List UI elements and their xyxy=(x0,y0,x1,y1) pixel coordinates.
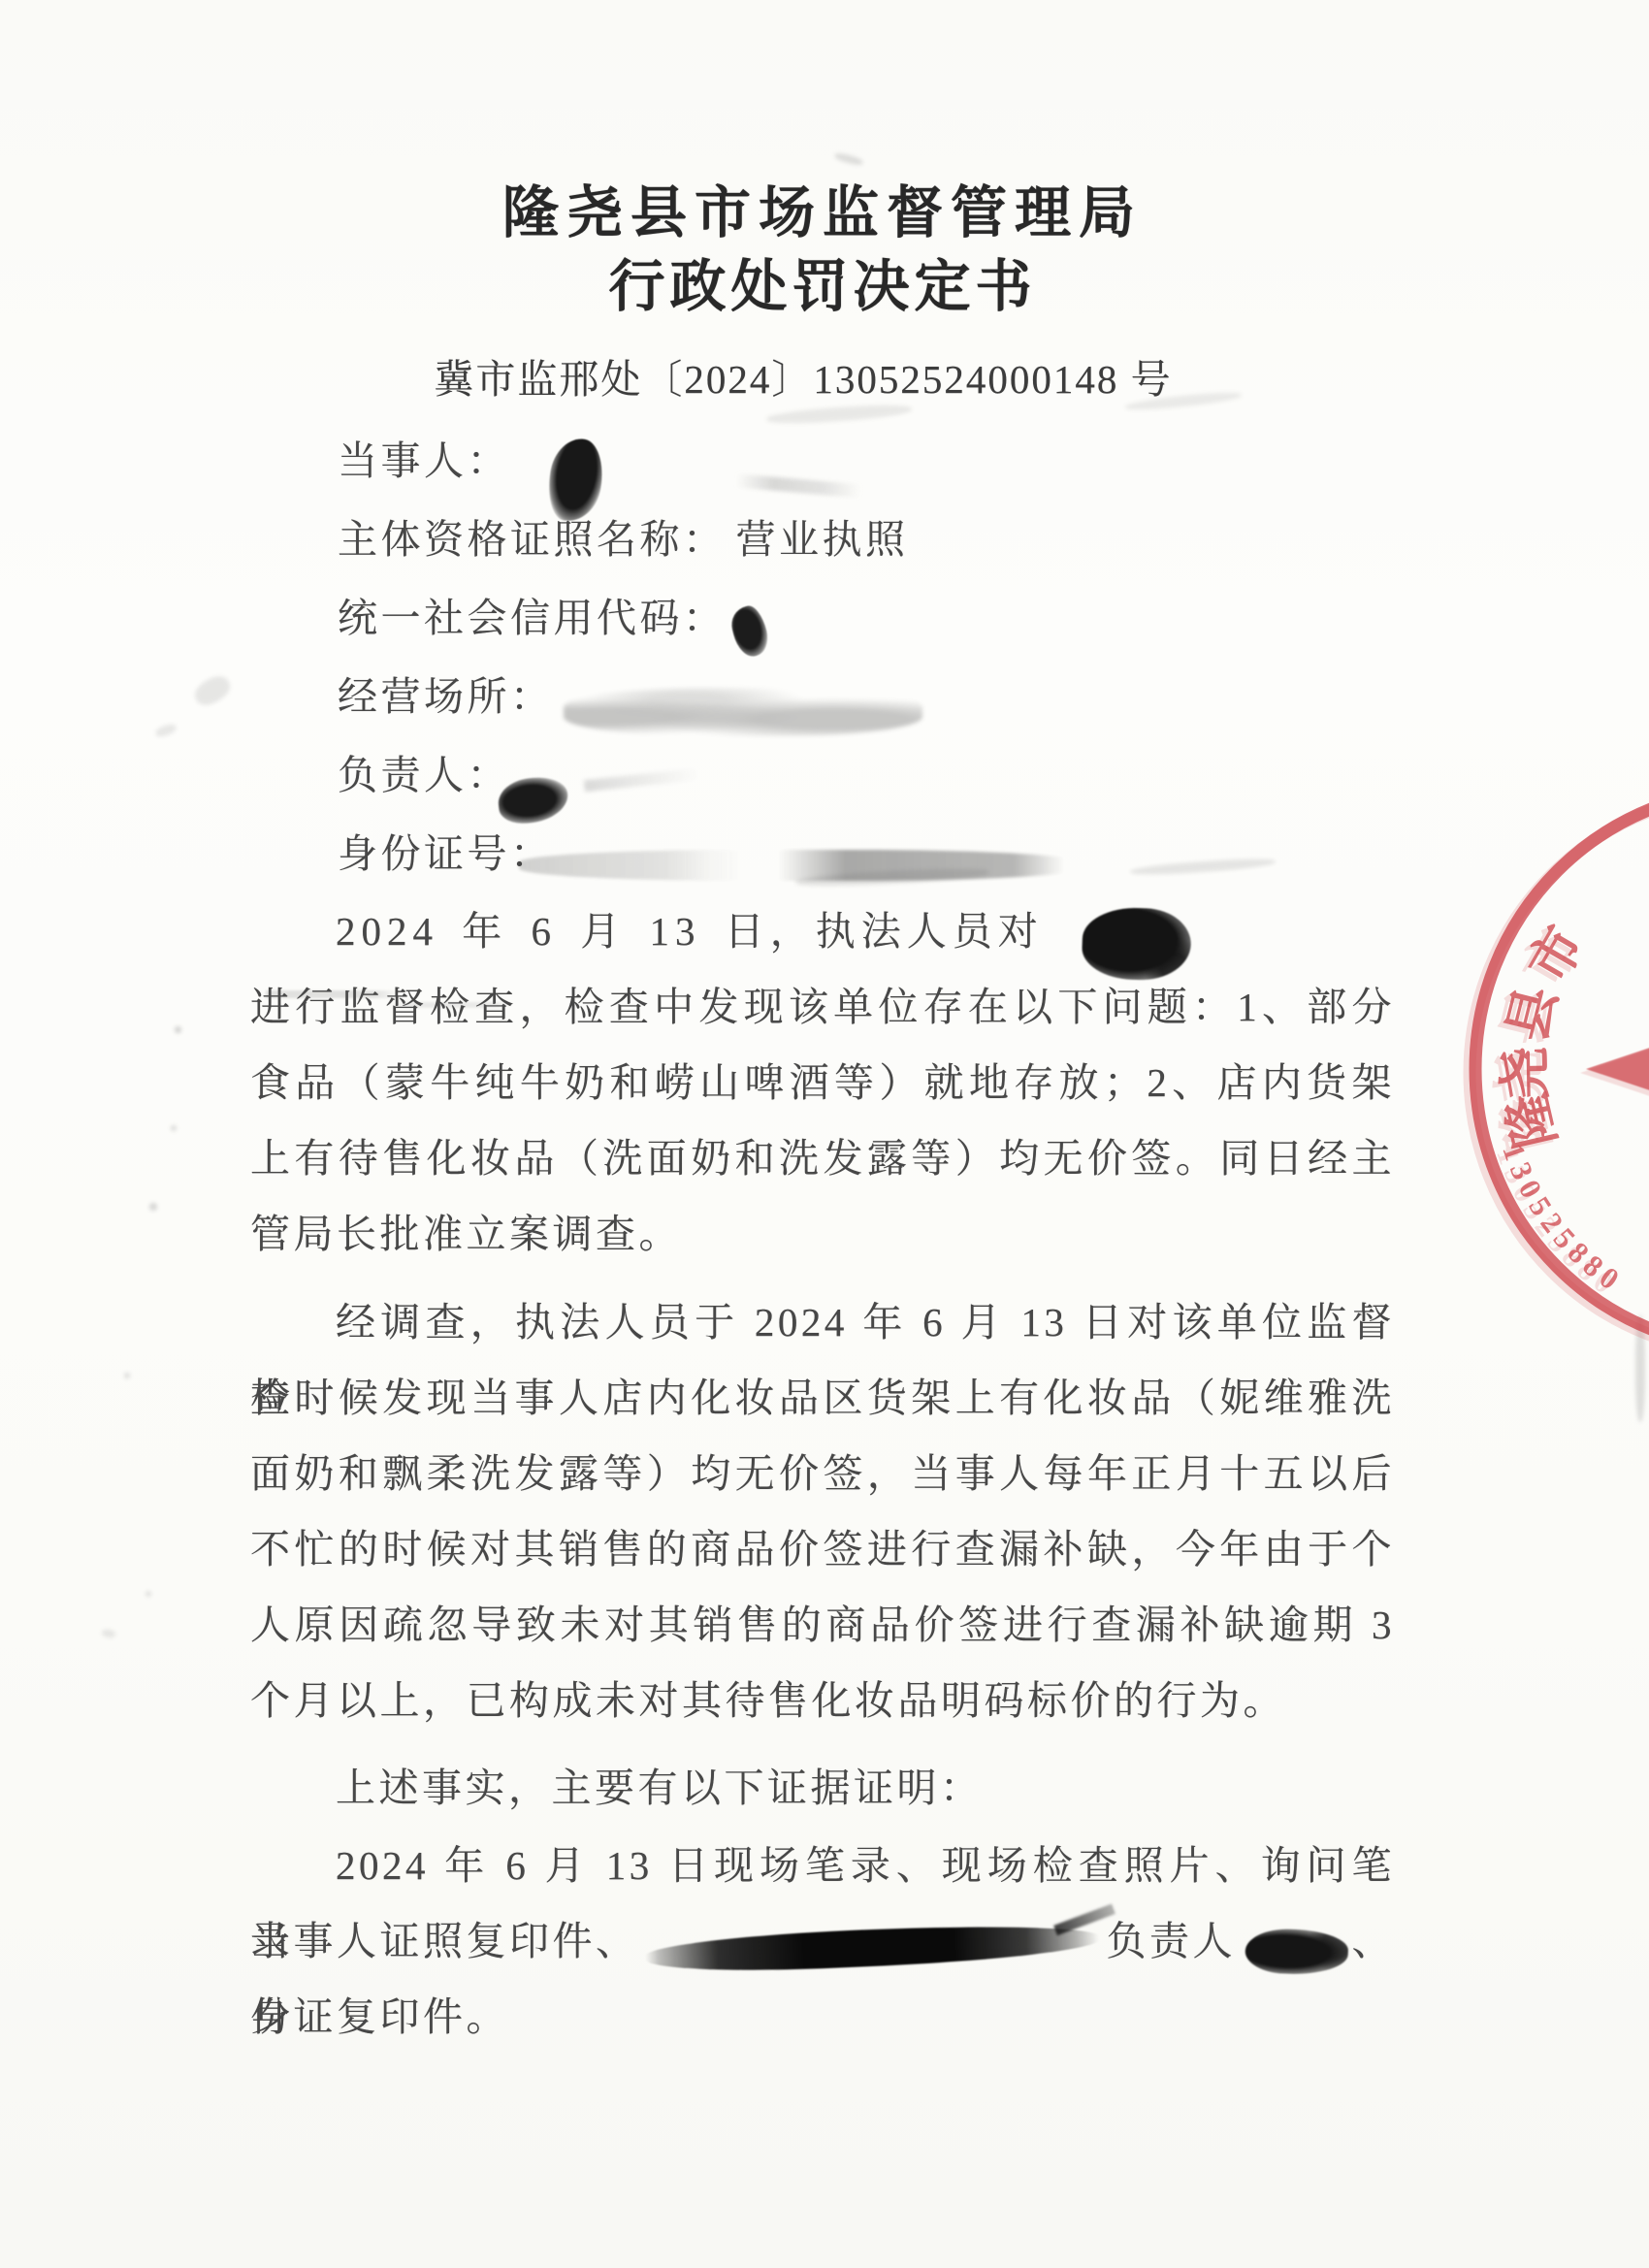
body-paragraph-2: 经调查，执法人员于 2024 年 6 月 13 日对该单位监督检查时候发现当事人… xyxy=(250,1284,1395,1738)
body-text: 上述事实，主要有以下证据证明： xyxy=(336,1766,984,1810)
stamp-serial-digit: 0 xyxy=(1512,1174,1549,1203)
stamp-serial-digit: 3 xyxy=(1503,1157,1540,1184)
body-line: 食品（蒙牛纯牛奶和崂山啤酒等）就地存放；2、店内货架 xyxy=(250,1045,1395,1120)
body-paragraph-1: 2024 年 6 月 13 日，执法人员对进行监督检查，检查中发现该单位存在以下… xyxy=(250,893,1395,1272)
field-label: 当事人： xyxy=(338,438,510,483)
body-text: 上有待售化妆品（洗面奶和洗发露等）均无价签。同日经主 xyxy=(250,1136,1395,1181)
field-value: 营业执照 xyxy=(736,517,909,562)
body-line: 不忙的时候对其销售的商品价签进行查漏补缺，今年由于个 xyxy=(250,1511,1395,1587)
official-stamp: 市县尧隆 130525880 xyxy=(1411,747,1649,1426)
scan-mark xyxy=(175,1026,181,1033)
stamp-arc-character: 县 xyxy=(1498,981,1568,1047)
body-text: 份证复印件。 xyxy=(250,1994,509,2039)
scan-mark xyxy=(171,1125,177,1131)
document-title-line2: 行政处罚决定书 xyxy=(250,256,1395,318)
field-row: 统一社会信用代码： xyxy=(250,579,1434,658)
body-paragraph-3: 上述事实，主要有以下证据证明： xyxy=(250,1750,1395,1826)
field-row: 负责人： xyxy=(250,736,1434,815)
stamp-star xyxy=(1586,908,1649,1231)
redaction-mark xyxy=(1081,906,1192,982)
field-row: 当事人： xyxy=(250,422,1434,501)
field-label: 统一社会信用代码： xyxy=(338,596,727,640)
body-line: 当事人证照复印件、负责人身 xyxy=(250,1903,1395,1979)
body-line: 2024 年 6 月 13 日，执法人员对 xyxy=(250,893,1395,969)
body-text: 人原因疏忽导致未对其销售的商品价签进行查漏补缺逾期 3 xyxy=(250,1603,1395,1647)
stamp-serial-digit: 5 xyxy=(1522,1190,1559,1221)
body-text: 个月以上，已构成未对其待售化妆品明码标价的行为。 xyxy=(250,1678,1286,1723)
stamp-serial-digit: 8 xyxy=(1562,1235,1596,1270)
stamp-arc-character: 尧 xyxy=(1496,1046,1556,1100)
scanned-document-page: 隆尧县市场监督管理局 行政处罚决定书 冀市监邢处〔2024〕1305252400… xyxy=(0,0,1649,2268)
party-fields: 当事人：主体资格证照名称：营业执照统一社会信用代码：经营场所：负责人：身份证号： xyxy=(250,422,1434,893)
body-text: 当事人证照复印件、 xyxy=(250,1919,639,1963)
body-paragraph-4: 2024 年 6 月 13 日现场笔录、现场检查照片、询问笔录、当事人证照复印件… xyxy=(250,1828,1395,2055)
body-line: 查时候发现当事人店内化妆品区货架上有化妆品（妮维雅洗 xyxy=(250,1360,1395,1436)
stamp-serial-digit: 0 xyxy=(1594,1260,1626,1297)
body-line: 上述事实，主要有以下证据证明： xyxy=(250,1750,1395,1826)
body-line: 人原因疏忽导致未对其销售的商品价签进行查漏补缺逾期 3 xyxy=(250,1587,1395,1663)
stamp-arc-character: 隆 xyxy=(1497,1087,1567,1152)
redaction-mark xyxy=(519,850,1082,881)
scan-mark xyxy=(833,151,863,166)
stamp-serial-digit: 2 xyxy=(1534,1207,1569,1239)
stamp-serial-digit: 5 xyxy=(1547,1221,1582,1255)
body-text: 负责人 xyxy=(1107,1919,1237,1963)
scan-mark xyxy=(124,1373,130,1378)
redaction-mark xyxy=(644,1919,1099,1975)
body-line: 个月以上，已构成未对其待售化妆品明码标价的行为。 xyxy=(250,1663,1395,1738)
redaction-mark xyxy=(266,988,508,1012)
body-text: 食品（蒙牛纯牛奶和崂山啤酒等）就地存放；2、店内货架 xyxy=(250,1060,1395,1105)
field-row: 经营场所： xyxy=(250,658,1434,736)
body-text: 不忙的时候对其销售的商品价签进行查漏补缺，今年由于个 xyxy=(250,1527,1395,1571)
stamp-serial-digit: 1 xyxy=(1496,1140,1533,1165)
stamp-circle xyxy=(1475,789,1649,1349)
scan-mark xyxy=(191,671,235,710)
stamp-arc-text: 市县尧隆 xyxy=(1496,917,1596,1153)
scan-mark xyxy=(101,1629,115,1638)
body-line: 经调查，执法人员于 2024 年 6 月 13 日对该单位监督检 xyxy=(250,1284,1395,1360)
document-title-line1: 隆尧县市场监督管理局 xyxy=(250,182,1395,244)
scan-mark xyxy=(145,1591,151,1597)
body-line: 面奶和飘柔洗发露等）均无价签，当事人每年正月十五以后 xyxy=(250,1436,1395,1511)
stamp-arc-character: 市 xyxy=(1518,917,1596,992)
redaction-mark xyxy=(564,688,922,736)
body-text: 2024 年 6 月 13 日，执法人员对 xyxy=(336,909,1044,954)
stamp-serial-number: 130525880 xyxy=(1496,1140,1625,1297)
body-text: 面奶和飘柔洗发露等）均无价签，当事人每年正月十五以后 xyxy=(250,1451,1395,1496)
body-text: 管局长批准立案调查。 xyxy=(250,1212,682,1256)
stamp-serial-digit: 8 xyxy=(1577,1248,1610,1284)
redaction-mark xyxy=(1245,1928,1349,1976)
field-label: 主体资格证照名称： xyxy=(338,517,727,562)
scan-mark xyxy=(1635,1315,1645,1422)
redaction-mark xyxy=(727,603,772,661)
body-line: 管局长批准立案调查。 xyxy=(250,1196,1395,1272)
body-text: 查时候发现当事人店内化妆品区货架上有化妆品（妮维雅洗 xyxy=(250,1376,1395,1420)
scan-mark xyxy=(154,723,178,739)
field-label: 负责人： xyxy=(338,753,510,797)
field-label: 经营场所： xyxy=(338,674,554,719)
body-line: 上有待售化妆品（洗面奶和洗发露等）均无价签。同日经主 xyxy=(250,1120,1395,1196)
body-line: 份证复印件。 xyxy=(250,1979,1395,2055)
scan-mark xyxy=(149,1203,157,1211)
body-line: 2024 年 6 月 13 日现场笔录、现场检查照片、询问笔录、 xyxy=(250,1828,1395,1903)
field-row: 主体资格证照名称：营业执照 xyxy=(250,501,1434,579)
